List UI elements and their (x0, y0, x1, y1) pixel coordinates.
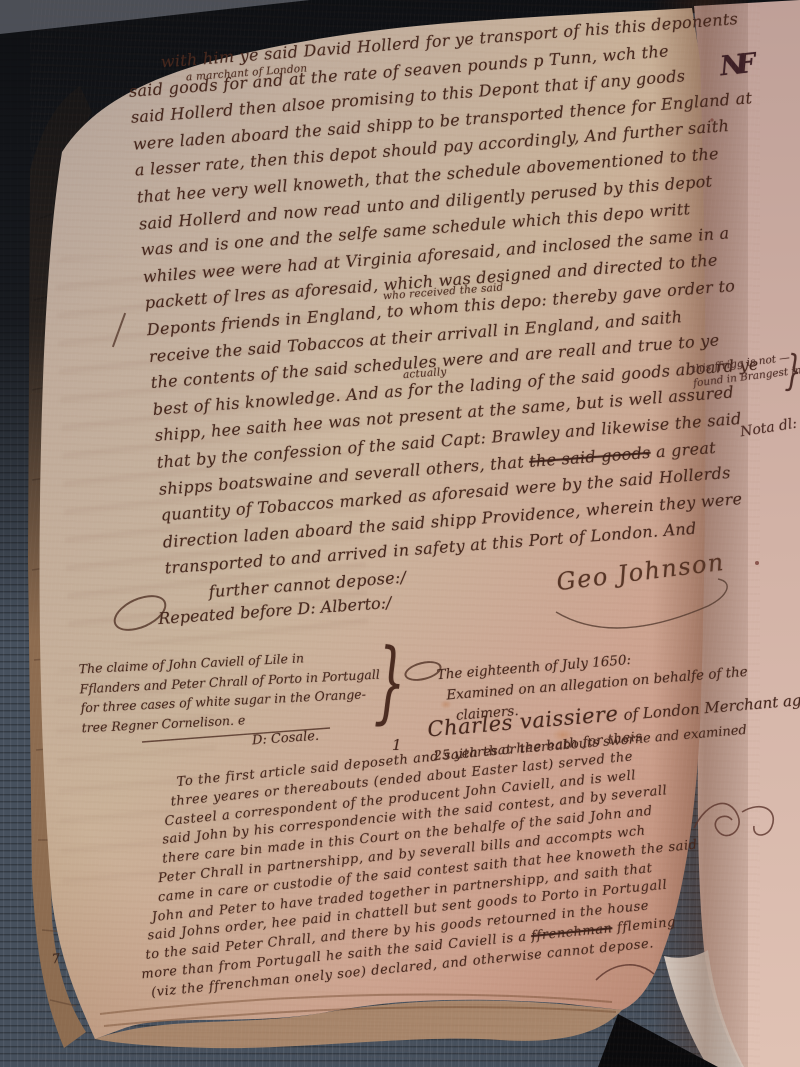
claim-marginal-note: The claime of John Caviell of Lile in Ff… (78, 645, 381, 738)
manuscript-photo: NF with him ye said David Hollerd for ye… (0, 0, 800, 1067)
deposition-paragraph: with him ye said David Hollerd for ye tr… (126, 4, 800, 609)
folio-number: 7 (51, 952, 61, 968)
curly-brace: } (784, 349, 800, 393)
line-text: a great (650, 437, 717, 461)
curly-brace: } (374, 636, 406, 728)
interlinear-insertion: actually (402, 359, 448, 389)
struck-out-words: the said goods (528, 442, 651, 470)
